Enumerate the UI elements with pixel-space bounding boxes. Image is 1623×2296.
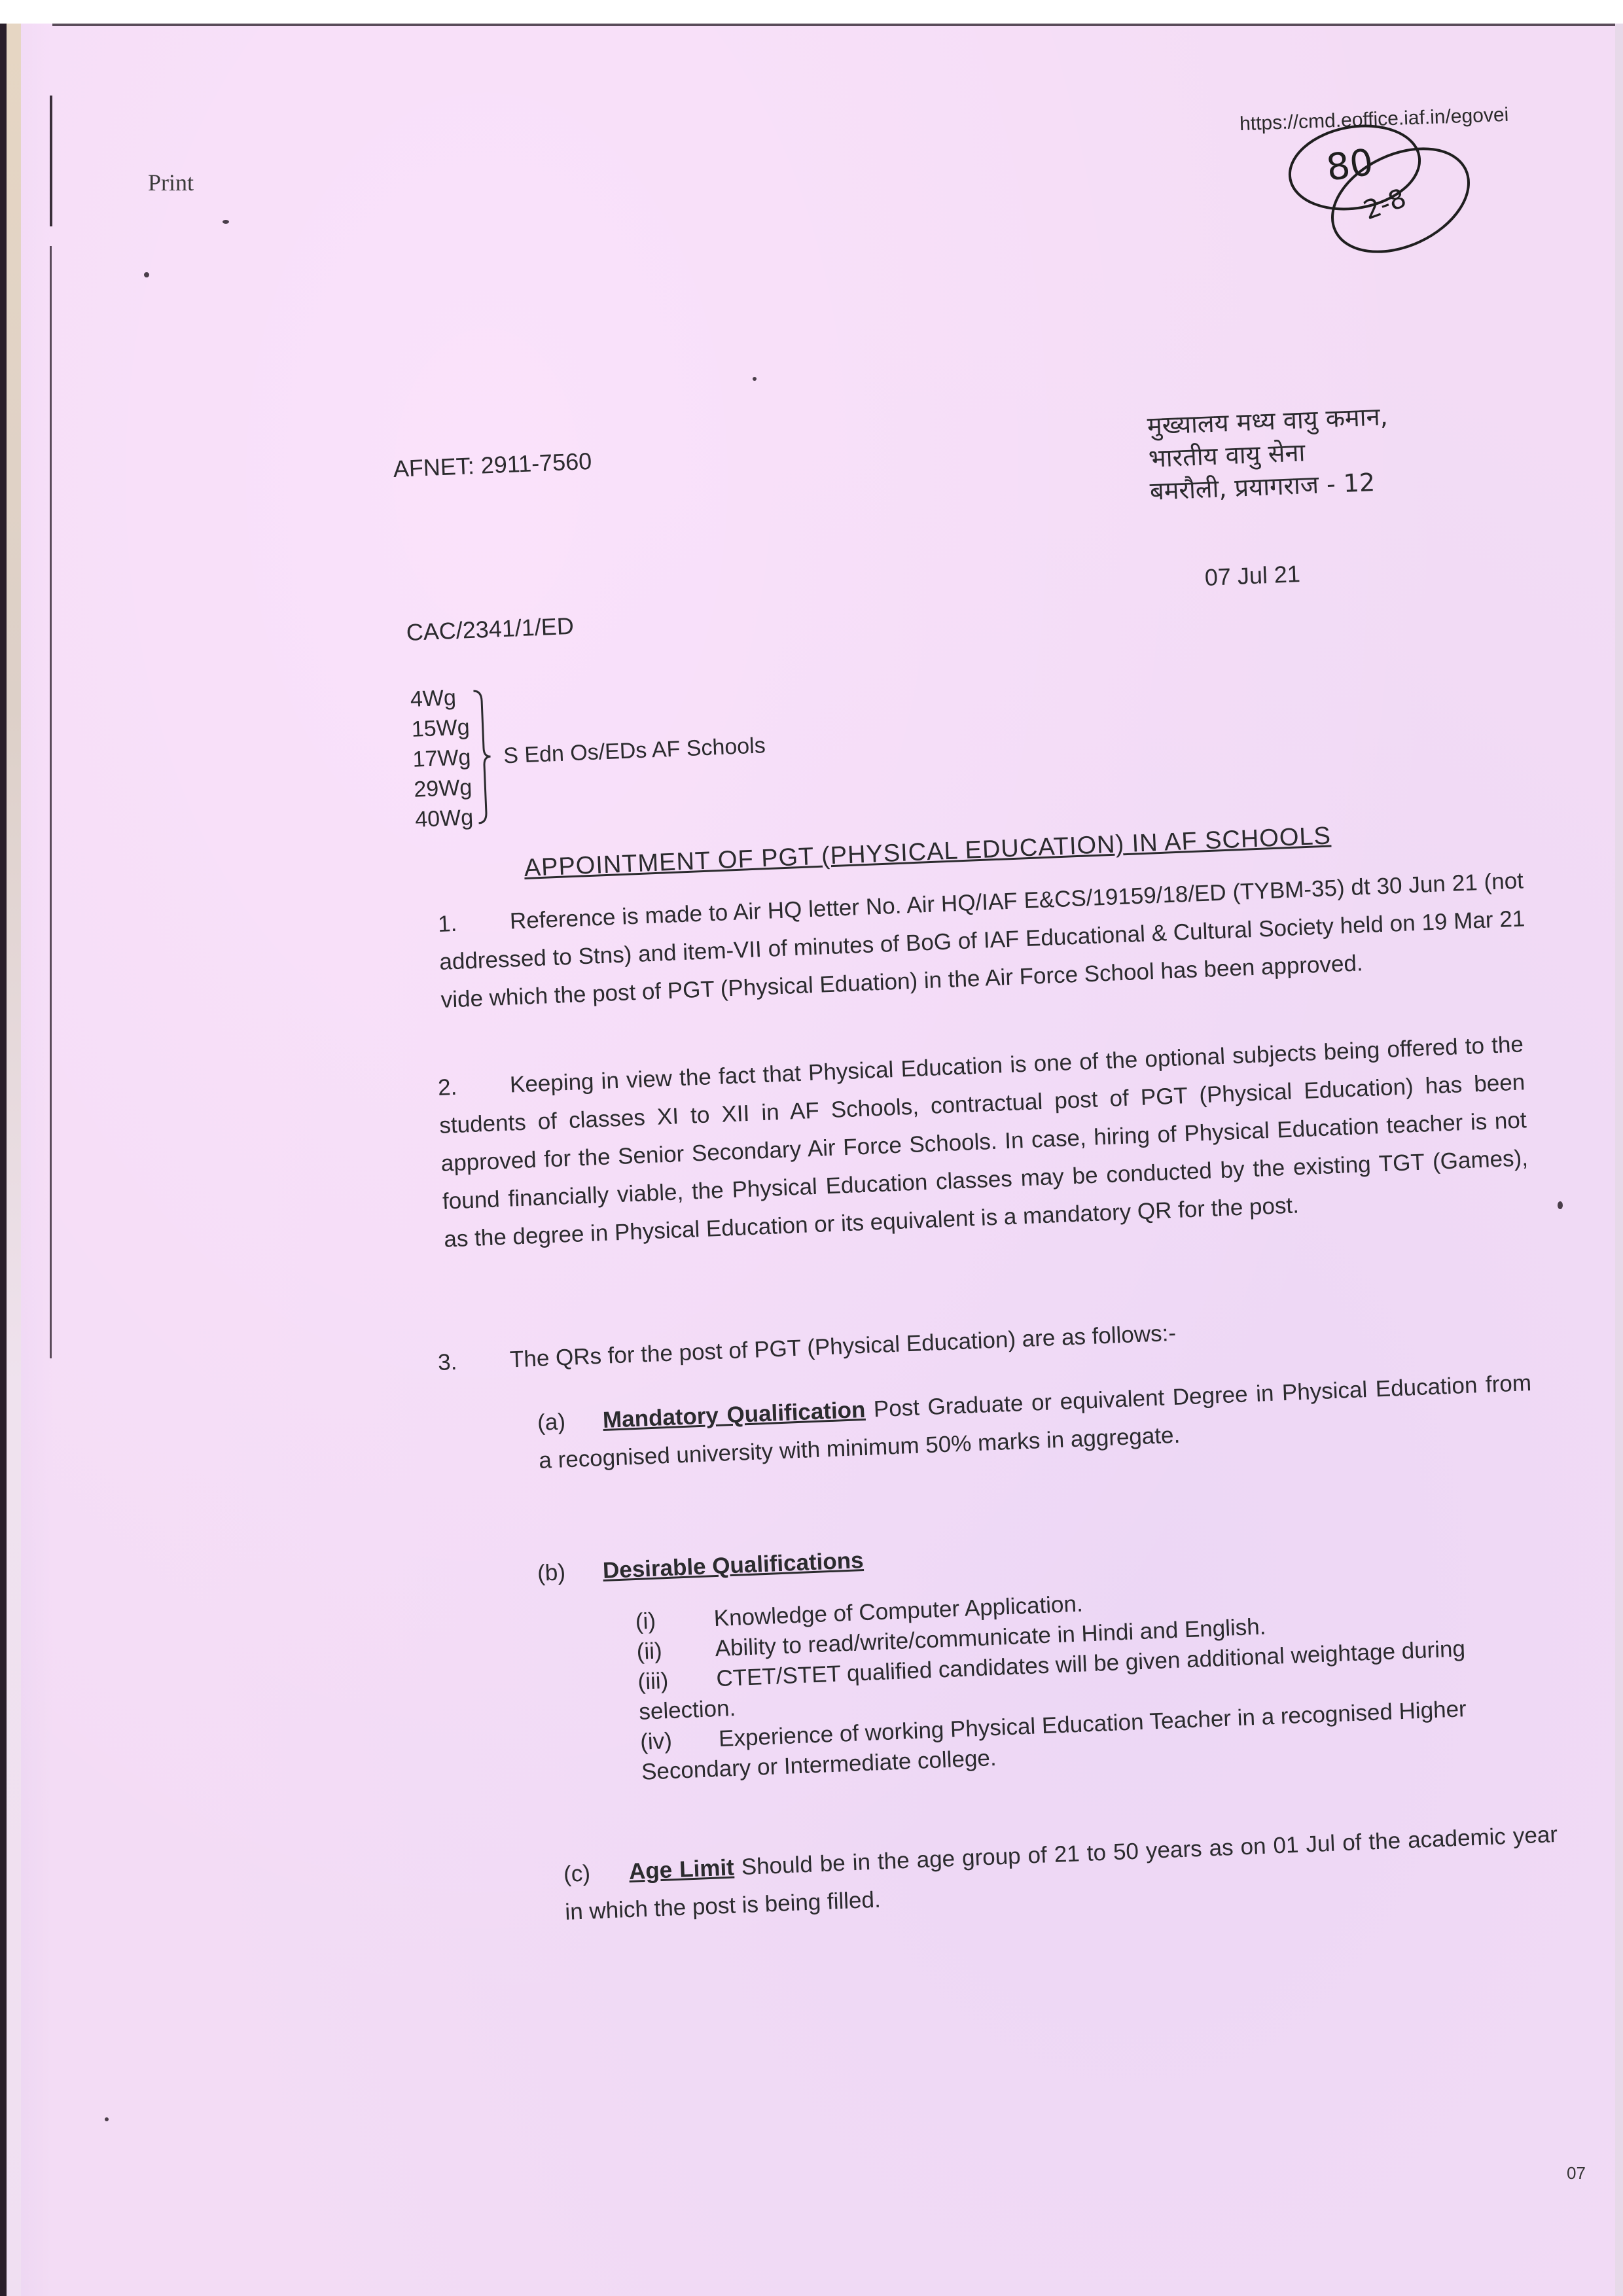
sub-tag: (a): [537, 1402, 603, 1442]
sub-heading: Desirable Qualifications: [602, 1547, 864, 1583]
wing: 17Wg: [412, 742, 472, 775]
scan-speck: [753, 377, 757, 381]
item-number: (ii): [636, 1634, 716, 1667]
wing: 29Wg: [414, 772, 473, 805]
scan-speck: [105, 2117, 109, 2121]
item-number: (i): [635, 1604, 715, 1637]
paragraph-1: 1.Reference is made to Air HQ letter No.…: [437, 862, 1527, 1019]
scan-speck: [144, 272, 149, 277]
svg-text:80: 80: [1324, 141, 1376, 190]
sender-address: मुख्यालय मध्य वायु कमान, भारतीय वायु सेन…: [1147, 400, 1391, 508]
desirable-list: (i)Knowledge of Computer Application. (i…: [635, 1570, 1558, 1788]
sub-heading: Age Limit: [628, 1855, 734, 1884]
paragraph-text: Keeping in view the fact that Physical E…: [439, 1031, 1529, 1252]
afnet-number: AFNET: 2911-7560: [393, 448, 592, 483]
reference-number: CAC/2341/1/ED: [406, 612, 575, 646]
paragraph-text: Reference is made to Air HQ letter No. A…: [439, 868, 1525, 1012]
paragraph-2: 2.Keeping in view the fact that Physical…: [437, 1025, 1530, 1258]
paragraph-number: 3.: [437, 1341, 510, 1382]
letter: Print https://cmd.eoffice.iaf.in/egovei …: [0, 24, 1623, 2296]
scanned-page: Print https://cmd.eoffice.iaf.in/egovei …: [0, 24, 1623, 2296]
scan-speck: [1558, 1201, 1563, 1209]
addressees: 4Wg 15Wg 17Wg 29Wg 40Wg S Edn Os/EDs AF …: [410, 670, 768, 834]
paragraph-3: 3.The QRs for the post of PGT (Physical …: [437, 1300, 1524, 1382]
wing: 15Wg: [411, 712, 471, 745]
paragraph-number: 2.: [437, 1067, 510, 1107]
page-continuation: 07: [1567, 2163, 1586, 2183]
sub-heading: Mandatory Qualification: [602, 1397, 866, 1433]
wing: 40Wg: [414, 802, 474, 835]
scan-speck: [223, 220, 229, 224]
sub-tag: (c): [563, 1853, 630, 1894]
item-number: (iii): [637, 1664, 717, 1697]
recipient: S Edn Os/EDs AF Schools: [503, 730, 766, 771]
paragraph-text: The QRs for the post of PGT (Physical Ed…: [509, 1320, 1176, 1373]
print-label: Print: [148, 169, 194, 196]
letter-subject: APPOINTMENT OF PGT (PHYSICAL EDUCATION) …: [524, 822, 1332, 882]
letter-date: 07 Jul 21: [1204, 560, 1301, 592]
wing-list: 4Wg 15Wg 17Wg 29Wg 40Wg: [410, 682, 474, 834]
mandatory-qualification: (a)Mandatory Qualification Post Graduate…: [537, 1364, 1533, 1480]
brace-icon: [472, 688, 494, 826]
age-limit: (c)Age Limit Should be in the age group …: [563, 1816, 1560, 1932]
paragraph-number: 1.: [437, 903, 510, 944]
item-number: (iv): [639, 1724, 719, 1757]
wing: 4Wg: [410, 682, 469, 715]
sub-tag: (b): [537, 1552, 603, 1593]
handwritten-stamp-icon: 80 2-8: [1276, 115, 1512, 266]
